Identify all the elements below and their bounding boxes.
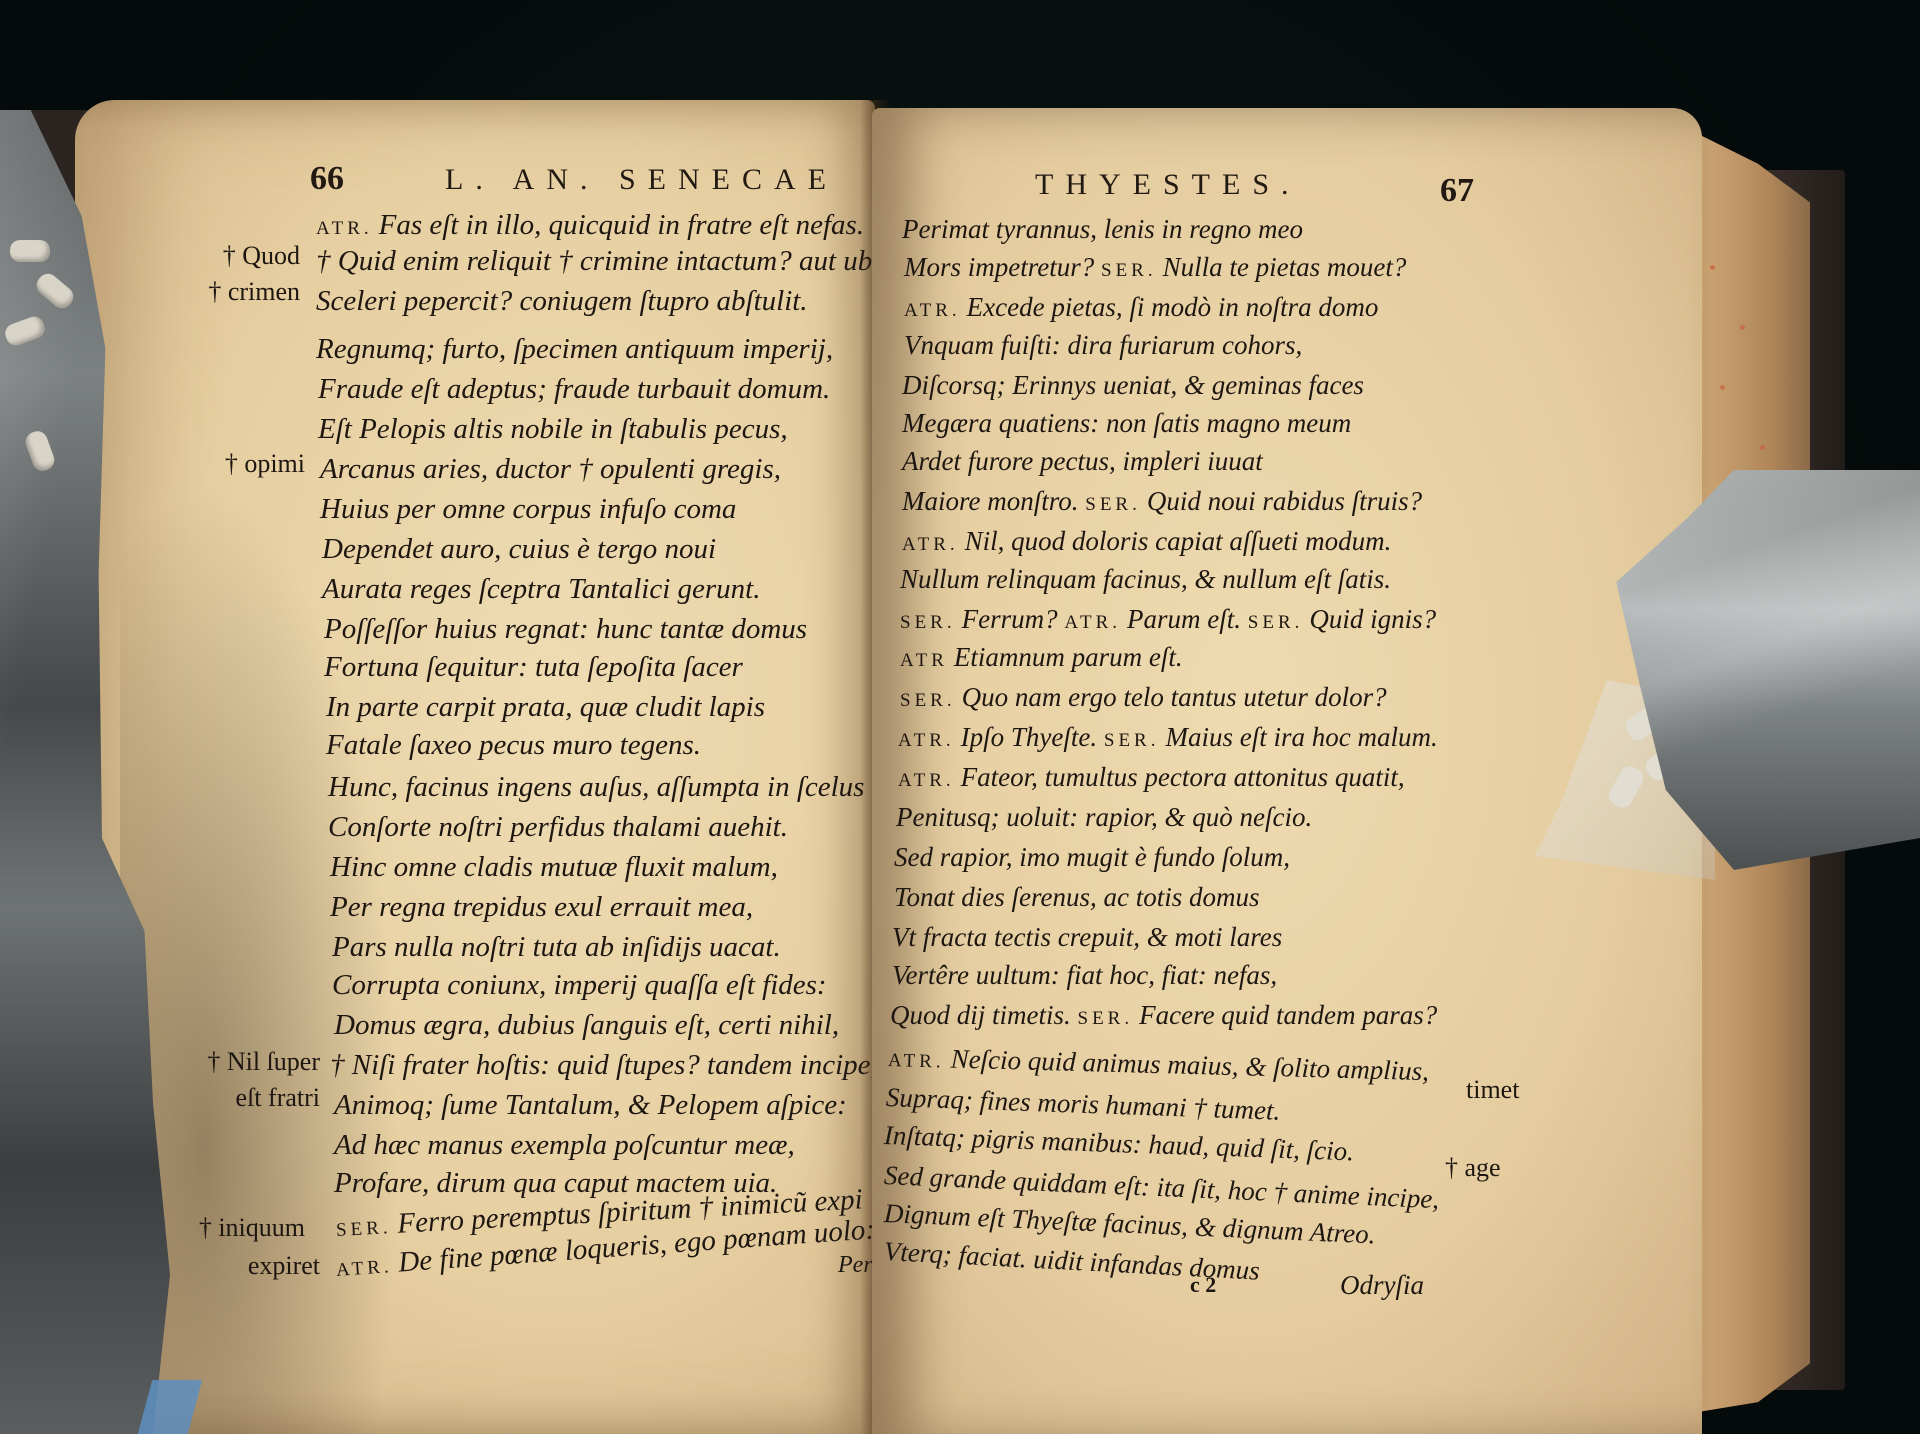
margin-note: † opimi [225, 448, 305, 480]
verse-line: ATR.Excede pietas, ſi modò in noſtra dom… [904, 290, 1378, 328]
verse-line: Sceleri pepercit? coniugem ſtupro abſtul… [316, 284, 808, 318]
verse-line: Pars nulla noſtri tuta ab inſidijs uacat… [332, 930, 781, 964]
verse-line: † Niſi frater hoſtis: quid ſtupes? tande… [330, 1048, 878, 1082]
verse-line: SER.Ferrum? ATR.Parum eſt. SER.Quid igni… [900, 602, 1436, 640]
verse-line: ATR.Fas eſt in illo, quicquid in fratre … [316, 208, 864, 246]
verse-line: Maiore monſtro. SER.Quid noui rabidus ſt… [902, 484, 1422, 522]
signature-mark: c 2 [1190, 1272, 1216, 1298]
verse-line: ATR.Ipſo Thyeſte. SER.Maius eſt ira hoc … [898, 720, 1438, 758]
margin-note: † age [1445, 1152, 1501, 1184]
verse-line: Vertêre uultum: fiat hoc, fiat: nefas, [892, 958, 1277, 992]
verse-line: Per regna trepidus exul errauit mea, [330, 890, 753, 924]
verse-line: Animoq; ſume Tantalum, & Pelopem aſpice: [334, 1088, 847, 1122]
verse-line: Fraude eſt adeptus; fraude turbauit domu… [318, 372, 830, 406]
verse-line: Sed rapior, imo mugit è fundo ſolum, [894, 840, 1290, 874]
verse-line: Mors impetretur? SER.Nulla te pietas mou… [904, 250, 1406, 288]
verse-line: Megæra quatiens: non ſatis magno meum [902, 406, 1351, 440]
left-running-head: L. AN. SENECAE [445, 163, 838, 197]
verse-line: Domus ægra, dubius ſanguis eſt, certi ni… [334, 1008, 839, 1042]
margin-note: † iniquum [199, 1212, 305, 1244]
right-running-head: THYESTES. [1035, 168, 1301, 202]
verse-line: Fatale ſaxeo pecus muro tegens. [326, 728, 701, 762]
verse-line: Eſt Pelopis altis nobile in ſtabulis pec… [318, 412, 788, 446]
right-page-number: 67 [1440, 172, 1474, 210]
verse-line: Huius per omne corpus infuſo coma [320, 492, 736, 526]
verse-line: Aurata reges ſceptra Tantalici gerunt. [322, 572, 760, 606]
verse-line: ATR.Fateor, tumultus pectora attonitus q… [898, 760, 1405, 798]
margin-note: eſt fratri [236, 1082, 320, 1114]
verse-line: Regnumq; furto, ſpecimen antiquum imperi… [316, 332, 833, 366]
left-page-number: 66 [310, 160, 344, 198]
margin-note: timet [1466, 1074, 1519, 1106]
verse-line: ATREtiamnum parum eſt. [900, 640, 1183, 678]
verse-line: Dependet auro, cuius è tergo noui [322, 532, 716, 566]
verse-line: Vnquam fuiſti: dira furiarum cohors, [904, 328, 1302, 362]
verse-line: Penitusq; uoluit: rapior, & quò neſcio. [896, 800, 1312, 834]
margin-note: expiret [248, 1250, 320, 1282]
verse-line: Fortuna ſequitur: tuta ſepoſita ſacer [324, 650, 743, 684]
verse-line: Corrupta coniunx, imperij quaſſa eſt fid… [332, 968, 827, 1002]
verse-line: Quod dij timetis. SER.Facere quid tandem… [890, 998, 1437, 1036]
verse-line: Arcanus aries, ductor † opulenti gregis, [320, 452, 781, 486]
verse-line: Hunc, facinus ingens auſus, aſſumpta in … [328, 770, 864, 804]
verse-line: In parte carpit prata, quæ cludit lapis [326, 690, 765, 724]
verse-line: Ad hæc manus exempla poſcuntur meæ, [334, 1128, 795, 1162]
verse-line: Diſcorsq; Erinnys ueniat, & geminas face… [902, 368, 1364, 402]
verse-line: Tonat dies ſerenus, ac totis domus [894, 880, 1260, 914]
catchword: Odryſia [1340, 1270, 1424, 1301]
verse-line: Hinc omne cladis mutuæ fluxit malum, [330, 850, 778, 884]
margin-note: † crimen [208, 276, 300, 308]
verse-line: Conſorte noſtri perfidus thalami auehit. [328, 810, 788, 844]
verse-line: Poſſeſſor huius regnat: hunc tantæ domus [324, 612, 807, 646]
book-photo-scene: 66 L. AN. SENECAE † Quod † crimen † opim… [0, 0, 1920, 1434]
verse-line: Ardet furore pectus, impleri iuuat [902, 444, 1263, 478]
verse-line: Nullum relinquam facinus, & nullum eſt ſ… [900, 562, 1391, 596]
margin-note: † Quod [223, 240, 300, 272]
verse-line: Perimat tyrannus, lenis in regno meo [902, 212, 1303, 246]
margin-note: † Nil ſuper [207, 1046, 320, 1078]
verse-line: † Quid enim reliquit † crimine intactum?… [316, 244, 880, 278]
verse-line: Vt fracta tectis crepuit, & moti lares [892, 920, 1282, 954]
verse-line: ATR.Nil, quod doloris capiat aſſueti mod… [902, 524, 1391, 562]
verse-line: SER.Quo nam ergo telo tantus utetur dolo… [900, 680, 1387, 718]
